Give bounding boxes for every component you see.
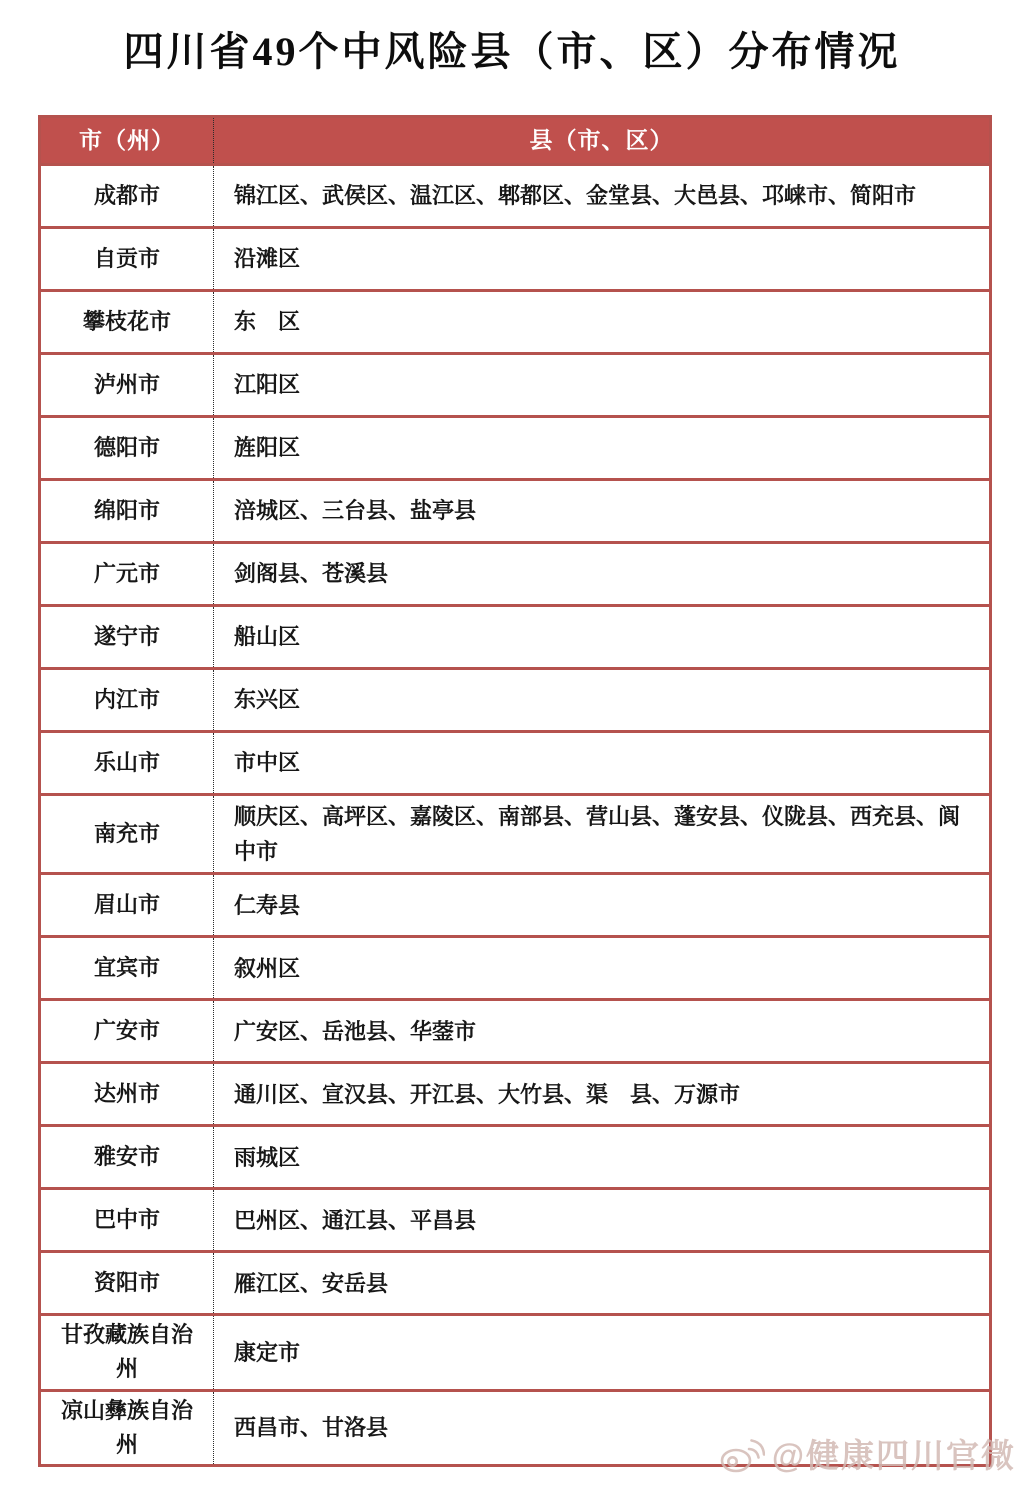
- counties-cell: 广安区、岳池县、华蓥市: [214, 1001, 989, 1061]
- city-cell: 泸州市: [41, 355, 214, 415]
- table-row: 遂宁市 船山区: [41, 604, 989, 667]
- counties-cell: 江阳区: [214, 355, 989, 415]
- page-title: 四川省49个中风险县（市、区）分布情况: [40, 26, 984, 78]
- city-cell: 广安市: [41, 1001, 214, 1061]
- counties-cell: 仁寿县: [214, 875, 989, 935]
- counties-cell: 锦江区、武侯区、温江区、郫都区、金堂县、大邑县、邛崃市、简阳市: [214, 166, 989, 226]
- city-cell: 资阳市: [41, 1253, 214, 1313]
- table-row: 内江市 东兴区: [41, 667, 989, 730]
- city-cell: 遂宁市: [41, 607, 214, 667]
- table-row: 雅安市 雨城区: [41, 1124, 989, 1187]
- city-cell: 广元市: [41, 544, 214, 604]
- counties-cell: 涪城区、三台县、盐亭县: [214, 481, 989, 541]
- table-row: 南充市 顺庆区、高坪区、嘉陵区、南部县、营山县、蓬安县、仪陇县、西充县、阆中市: [41, 793, 989, 872]
- city-cell: 乐山市: [41, 733, 214, 793]
- city-cell: 攀枝花市: [41, 292, 214, 352]
- table-row: 德阳市 旌阳区: [41, 415, 989, 478]
- city-cell: 成都市: [41, 166, 214, 226]
- table-row: 达州市 通川区、宣汉县、开江县、大竹县、渠 县、万源市: [41, 1061, 989, 1124]
- city-cell: 巴中市: [41, 1190, 214, 1250]
- header-county-city-district: 县（市、区）: [214, 118, 989, 163]
- city-cell: 内江市: [41, 670, 214, 730]
- counties-cell: 叙州区: [214, 938, 989, 998]
- counties-cell: 康定市: [214, 1316, 989, 1388]
- counties-cell: 雁江区、安岳县: [214, 1253, 989, 1313]
- table-row: 资阳市 雁江区、安岳县: [41, 1250, 989, 1313]
- city-cell: 雅安市: [41, 1127, 214, 1187]
- city-cell: 南充市: [41, 796, 214, 872]
- counties-cell: 船山区: [214, 607, 989, 667]
- counties-cell: 沿滩区: [214, 229, 989, 289]
- city-cell: 甘孜藏族自治州: [41, 1316, 214, 1388]
- table-row: 凉山彝族自治州 西昌市、甘洛县: [41, 1389, 989, 1464]
- table-row: 乐山市 市中区: [41, 730, 989, 793]
- counties-cell: 雨城区: [214, 1127, 989, 1187]
- counties-cell: 通川区、宣汉县、开江县、大竹县、渠 县、万源市: [214, 1064, 989, 1124]
- table-row: 广元市 剑阁县、苍溪县: [41, 541, 989, 604]
- counties-cell: 巴州区、通江县、平昌县: [214, 1190, 989, 1250]
- header-city-prefecture: 市（州）: [41, 118, 214, 163]
- risk-distribution-table: 市（州） 县（市、区） 成都市 锦江区、武侯区、温江区、郫都区、金堂县、大邑县、…: [38, 115, 992, 1467]
- counties-cell: 市中区: [214, 733, 989, 793]
- counties-cell: 旌阳区: [214, 418, 989, 478]
- city-cell: 绵阳市: [41, 481, 214, 541]
- table-row: 眉山市 仁寿县: [41, 872, 989, 935]
- city-cell: 德阳市: [41, 418, 214, 478]
- table-header-row: 市（州） 县（市、区）: [41, 118, 989, 163]
- table-row: 广安市 广安区、岳池县、华蓥市: [41, 998, 989, 1061]
- table-row: 攀枝花市 东 区: [41, 289, 989, 352]
- table-row: 自贡市 沿滩区: [41, 226, 989, 289]
- table-row: 绵阳市 涪城区、三台县、盐亭县: [41, 478, 989, 541]
- city-cell: 达州市: [41, 1064, 214, 1124]
- city-cell: 自贡市: [41, 229, 214, 289]
- table-row: 宜宾市 叙州区: [41, 935, 989, 998]
- counties-cell: 西昌市、甘洛县: [214, 1392, 989, 1464]
- table-row: 甘孜藏族自治州 康定市: [41, 1313, 989, 1388]
- counties-cell: 东 区: [214, 292, 989, 352]
- table-row: 泸州市 江阳区: [41, 352, 989, 415]
- city-cell: 眉山市: [41, 875, 214, 935]
- table-row: 巴中市 巴州区、通江县、平昌县: [41, 1187, 989, 1250]
- counties-cell: 剑阁县、苍溪县: [214, 544, 989, 604]
- counties-cell: 东兴区: [214, 670, 989, 730]
- counties-cell: 顺庆区、高坪区、嘉陵区、南部县、营山县、蓬安县、仪陇县、西充县、阆中市: [214, 796, 989, 872]
- city-cell: 凉山彝族自治州: [41, 1392, 214, 1464]
- city-cell: 宜宾市: [41, 938, 214, 998]
- table-row: 成都市 锦江区、武侯区、温江区、郫都区、金堂县、大邑县、邛崃市、简阳市: [41, 163, 989, 226]
